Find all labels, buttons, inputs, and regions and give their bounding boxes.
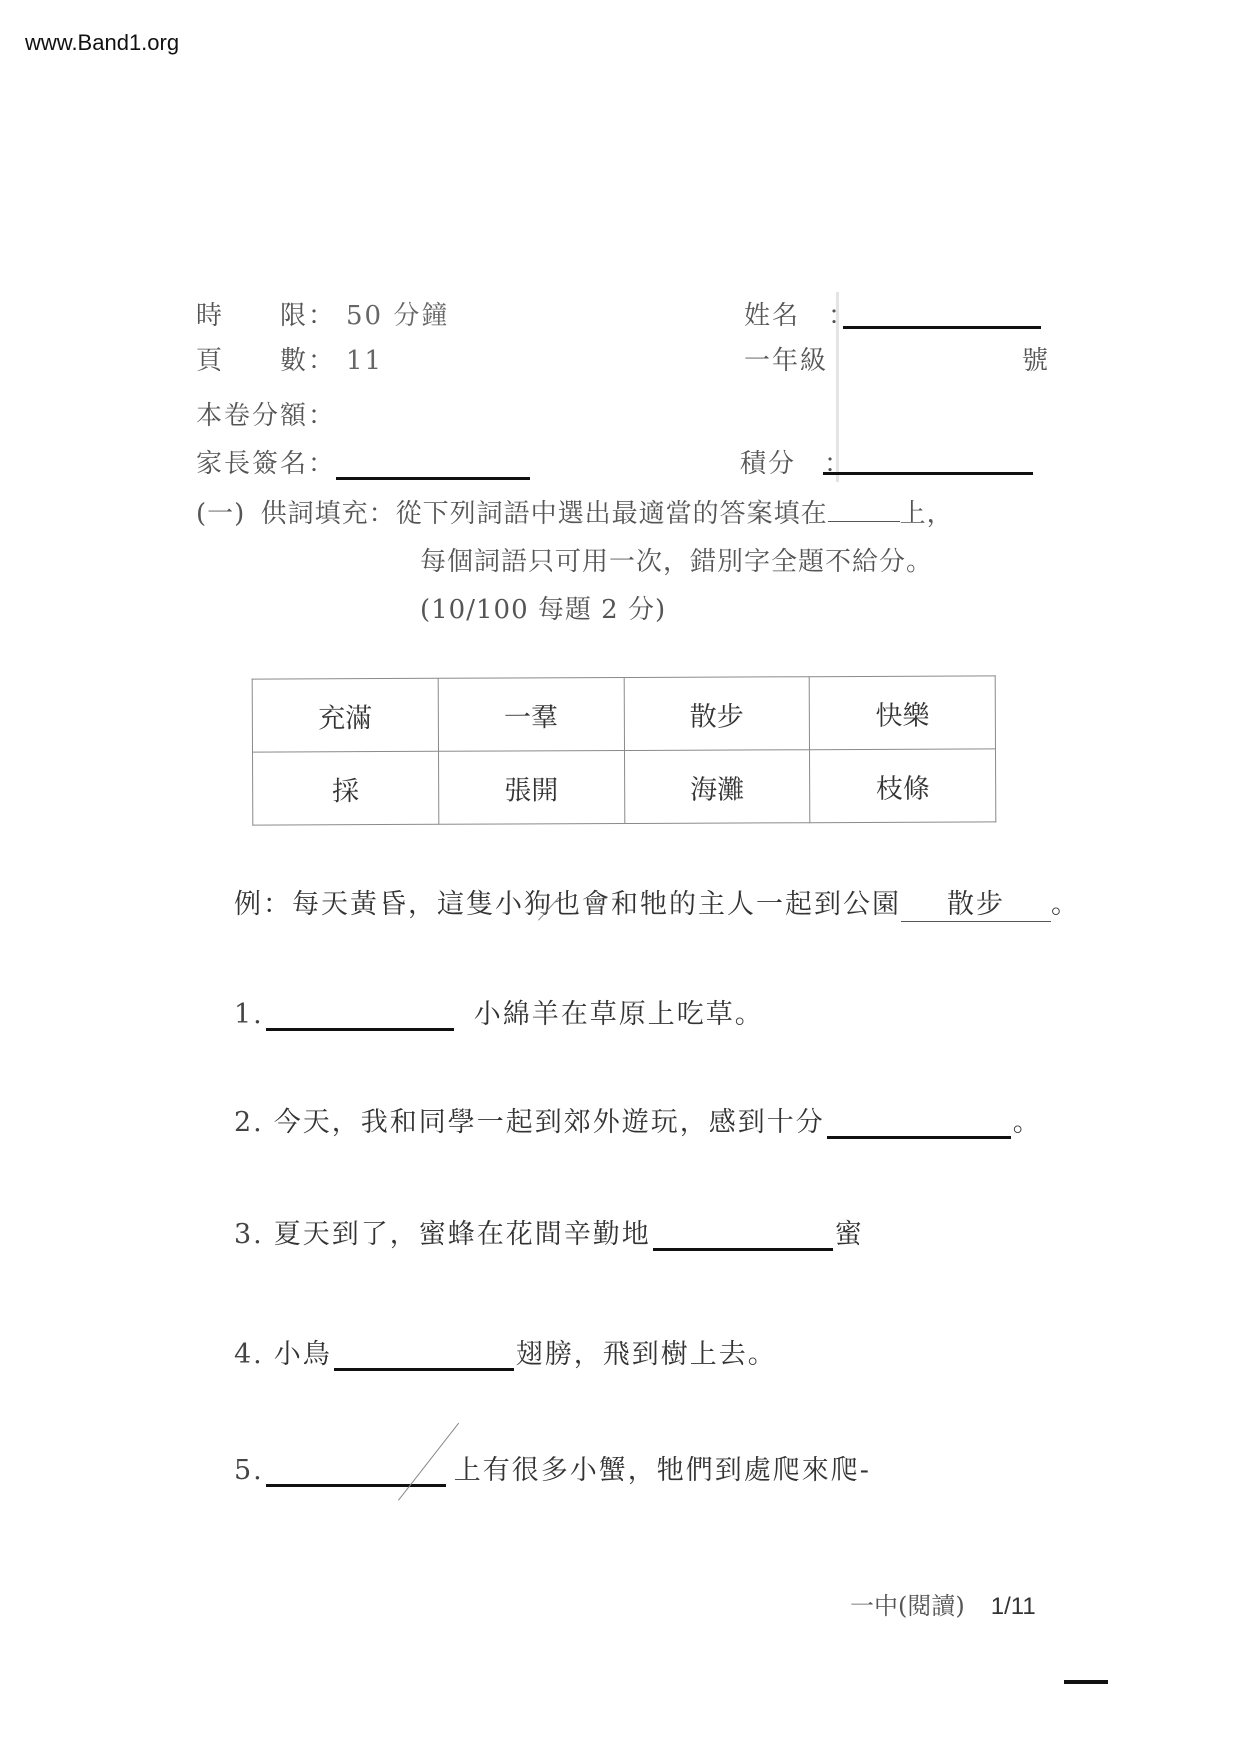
site-watermark: www.Band1.org bbox=[25, 30, 179, 56]
word-bank-cell: 採 bbox=[253, 751, 439, 825]
question-before: 今天，我和同學一起到郊外遊玩，感到十分 bbox=[274, 1107, 825, 1138]
question-number: 5. bbox=[234, 1455, 264, 1486]
answer-blank-2[interactable] bbox=[827, 1106, 1011, 1139]
word-bank-cell: 一羣 bbox=[438, 678, 624, 752]
parent-signature-row: 家長簽名： bbox=[196, 443, 530, 480]
parent-signature-field[interactable] bbox=[336, 447, 530, 480]
question-5: 5.上有很多小蟹，牠們到處爬來爬- bbox=[234, 1448, 871, 1487]
example-text: 每天黃昏，這隻小狗也會和牠的主人一起到公園 bbox=[292, 889, 901, 920]
page-footer: 一中(閱讀)1/11 bbox=[850, 1586, 1036, 1621]
question-number: 4. bbox=[234, 1339, 264, 1370]
section-instruction-2: 每個詞語只可用一次，錯別字全題不給分。 bbox=[420, 541, 933, 578]
question-after: 上有很多小蟹，牠們到處爬來爬- bbox=[454, 1455, 871, 1486]
instruction-blank-sample bbox=[828, 497, 900, 522]
question-before: 小鳥 bbox=[274, 1339, 332, 1370]
question-2: 2.今天，我和同學一起到郊外遊玩，感到十分。 bbox=[234, 1100, 1042, 1139]
class-number-suffix: 號 bbox=[1022, 340, 1050, 377]
name-label: 姓名 ： bbox=[744, 301, 856, 331]
parent-signature-label: 家長簽名： bbox=[196, 449, 336, 479]
pages-label: 頁 數： bbox=[196, 346, 336, 376]
total-score-field[interactable] bbox=[823, 446, 1033, 475]
question-1: 1.小綿羊在草原上吃草。 bbox=[234, 992, 764, 1031]
word-bank-cell: 快樂 bbox=[809, 676, 995, 750]
section-title: 供詞填充： bbox=[261, 499, 396, 529]
score-share-row: 本卷分額： bbox=[196, 395, 336, 432]
grade-label: 一年級 bbox=[744, 346, 828, 376]
section-instruction-1a: 從下列詞語中選出最適當的答案填在 bbox=[396, 499, 828, 529]
answer-blank-3[interactable] bbox=[653, 1218, 833, 1251]
question-after: 小綿羊在草原上吃草。 bbox=[474, 999, 764, 1030]
question-3: 3.夏天到了，蜜蜂在花間辛勤地蜜 bbox=[234, 1212, 864, 1251]
answer-blank-5[interactable] bbox=[266, 1454, 446, 1487]
word-bank-cell: 海灘 bbox=[624, 750, 810, 824]
example-answer: 散步 bbox=[901, 882, 1051, 922]
word-bank-table: 充滿 一羣 散步 快樂 採 張開 海灘 枝條 bbox=[252, 675, 997, 825]
example-sentence: 例：每天黃昏，這隻小狗也會和牠的主人一起到公園散步。 bbox=[234, 882, 1080, 922]
question-number: 1. bbox=[234, 999, 264, 1030]
section-heading: (一) 供詞填充：從下列詞語中選出最適當的答案填在上， bbox=[196, 493, 954, 530]
section-number: (一) bbox=[196, 499, 245, 529]
name-row: 姓名 ： bbox=[744, 295, 856, 332]
example-end: 。 bbox=[1051, 889, 1080, 920]
word-bank-row: 充滿 一羣 散步 快樂 bbox=[252, 676, 995, 752]
question-after: 蜜 bbox=[835, 1219, 864, 1250]
time-limit-value: 50 分鐘 bbox=[346, 301, 449, 331]
time-limit-label: 時 限： bbox=[196, 301, 336, 331]
grade-row: 一年級 bbox=[744, 340, 828, 377]
scan-edge-mark bbox=[1064, 1680, 1108, 1684]
question-number: 2. bbox=[234, 1107, 264, 1138]
word-bank-cell: 張開 bbox=[438, 751, 624, 825]
time-limit-row: 時 限：50 分鐘 bbox=[196, 295, 449, 332]
footer-label: 一中(閱讀) bbox=[850, 1592, 965, 1620]
answer-blank-4[interactable] bbox=[334, 1338, 514, 1371]
name-field[interactable] bbox=[843, 300, 1041, 329]
answer-blank-1[interactable] bbox=[266, 998, 454, 1031]
question-after: 翅膀，飛到樹上去。 bbox=[516, 1339, 777, 1370]
question-number: 3. bbox=[234, 1219, 264, 1250]
example-prefix: 例： bbox=[234, 889, 292, 920]
page-number: 1/11 bbox=[991, 1593, 1036, 1620]
word-bank-cell: 散步 bbox=[624, 677, 810, 751]
question-4: 4.小鳥翅膀，飛到樹上去。 bbox=[234, 1332, 777, 1371]
word-bank-cell: 枝條 bbox=[810, 749, 996, 823]
section-marks: (10/100 每題 2 分) bbox=[420, 589, 666, 626]
question-after: 。 bbox=[1013, 1107, 1042, 1138]
pages-value: 11 bbox=[346, 346, 383, 376]
pages-row: 頁 數：11 bbox=[196, 340, 383, 377]
word-bank-row: 採 張開 海灘 枝條 bbox=[253, 749, 996, 825]
word-bank-cell: 充滿 bbox=[252, 678, 438, 752]
section-instruction-1b: 上， bbox=[900, 499, 954, 529]
question-before: 夏天到了，蜜蜂在花間辛勤地 bbox=[274, 1219, 651, 1250]
score-share-label: 本卷分額： bbox=[196, 401, 336, 431]
